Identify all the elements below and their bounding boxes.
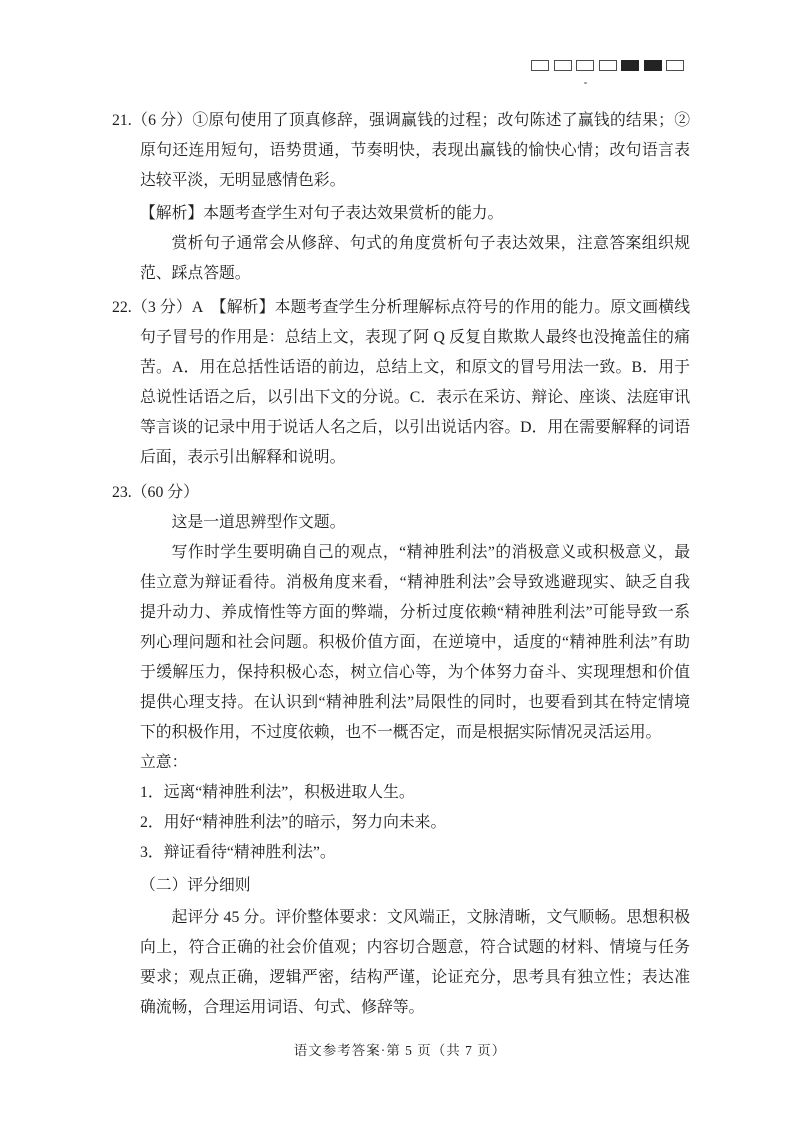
q23-liyi-label: 立意： [140,748,690,778]
registration-mark-filled [644,60,662,71]
q23-liyi-item-3: 3．辩证看待“精神胜利法”。 [140,838,690,868]
q22-number: 22. [112,299,132,316]
q22-answer-text: （3 分）A 【解析】本题考查学生分析理解标点符号的作用的能力。原文画横线句子冒… [132,299,690,466]
question-21-block: 21.（6 分）①原句使用了顶真修辞，强调赢钱的过程；改句陈述了赢钱的结果；②原… [112,106,690,289]
q22-answer-line: 22.（3 分）A 【解析】本题考查学生分析理解标点符号的作用的能力。原文画横线… [112,293,690,473]
q23-intro: 这是一道思辨型作文题。 [140,508,690,538]
q21-answer-text: （6 分）①原句使用了顶真修辞，强调赢钱的过程；改句陈述了赢钱的结果；②原句还连… [132,112,690,189]
registration-mark-empty [531,60,549,71]
q21-analysis-note: 赏析句子通常会从修辞、句式的角度赏析句子表达效果，注意答案组织规范、踩点答题。 [140,229,690,289]
registration-mark-empty [666,60,684,71]
q23-heading-line: 23.（60 分） [112,478,690,508]
q23-analysis: 写作时学生要明确自己的观点，“精神胜利法”的消极意义或积极意义，最佳立意为辩证看… [140,538,690,748]
exam-answer-page: 21.（6 分）①原句使用了顶真修辞，强调赢钱的过程；改句陈述了赢钱的结果；②原… [0,0,800,1131]
registration-mark-filled [621,60,639,71]
registration-mark-empty [599,60,617,71]
q23-number: 23. [112,484,132,501]
registration-marks [531,60,684,71]
answers-content: 21.（6 分）①原句使用了顶真修辞，强调赢钱的过程；改句陈述了赢钱的结果；②原… [112,106,690,1023]
q23-liyi-item-2: 2．用好“精神胜利法”的暗示，努力向未来。 [140,808,690,838]
q23-liyi-item-1: 1．远离“精神胜利法”，积极进取人生。 [140,778,690,808]
q23-rubric-heading: （二）评分细则 [140,871,690,901]
question-23-block: 23.（60 分） 这是一道思辨型作文题。 写作时学生要明确自己的观点，“精神胜… [112,478,690,1023]
registration-mark-empty [554,60,572,71]
registration-mark-empty [576,60,594,71]
print-speck [584,82,587,84]
question-22-block: 22.（3 分）A 【解析】本题考查学生分析理解标点符号的作用的能力。原文画横线… [112,293,690,473]
q23-score: （60 分） [132,484,199,501]
q21-number: 21. [112,112,132,129]
page-footer: 语文参考答案·第 5 页（共 7 页） [0,1041,800,1061]
q21-analysis-heading: 【解析】本题考查学生对句子表达效果赏析的能力。 [140,199,690,229]
q21-answer-line: 21.（6 分）①原句使用了顶真修辞，强调赢钱的过程；改句陈述了赢钱的结果；②原… [112,106,690,196]
q23-rubric-body: 起评分 45 分。评价整体要求：文风端正，文脉清晰，文气顺畅。思想积极向上，符合… [140,903,690,1023]
